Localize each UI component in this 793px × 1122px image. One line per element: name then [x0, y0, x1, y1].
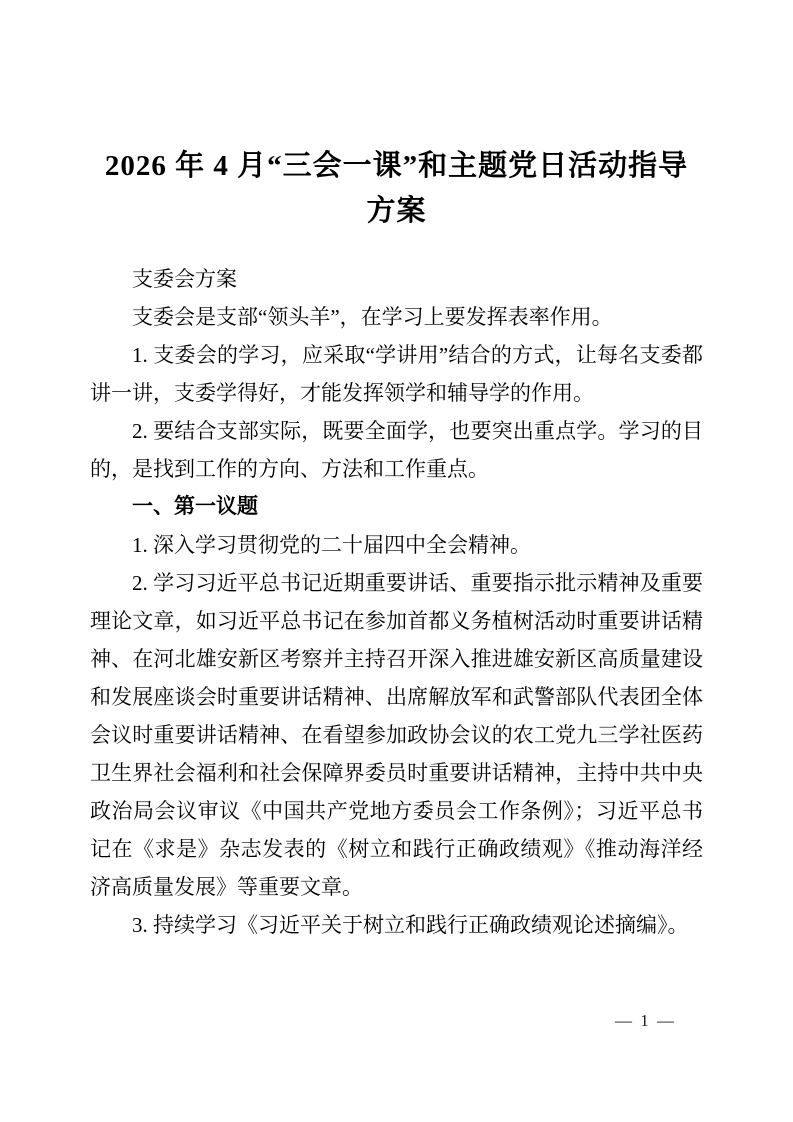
paragraph: 2. 学习习近平总书记近期重要讲话、重要指示批示精神及重要理论文章，如习近平总书…	[90, 564, 703, 906]
paragraph: 2. 要结合支部实际，既要全面学，也要突出重点学。学习的目的，是找到工作的方向、…	[90, 412, 703, 488]
page-number: — 1 —	[615, 1010, 676, 1032]
document-body: 支委会方案支委会是支部“领头羊”，在学习上要发挥表率作用。1. 支委会的学习，应…	[90, 260, 703, 944]
paragraph: 1. 支委会的学习，应采取“学讲用”结合的方式，让每名支委都讲一讲，支委学得好，…	[90, 336, 703, 412]
paragraph: 支委会方案	[90, 260, 703, 298]
document-title-line-1: 2026 年 4 月“三会一课”和主题党日活动指导	[87, 144, 707, 189]
document-title-line-2: 方案	[87, 189, 707, 234]
paragraph: 支委会是支部“领头羊”，在学习上要发挥表率作用。	[90, 298, 703, 336]
paragraph: 3. 持续学习《习近平关于树立和践行正确政绩观论述摘编》。	[90, 906, 703, 944]
document-title: 2026 年 4 月“三会一课”和主题党日活动指导 方案	[87, 0, 707, 234]
paragraph: 1. 深入学习贯彻党的二十届四中全会精神。	[90, 526, 703, 564]
section-heading: 一、第一议题	[90, 488, 703, 526]
document-page: 2026 年 4 月“三会一课”和主题党日活动指导 方案 支委会方案支委会是支部…	[0, 0, 793, 1122]
